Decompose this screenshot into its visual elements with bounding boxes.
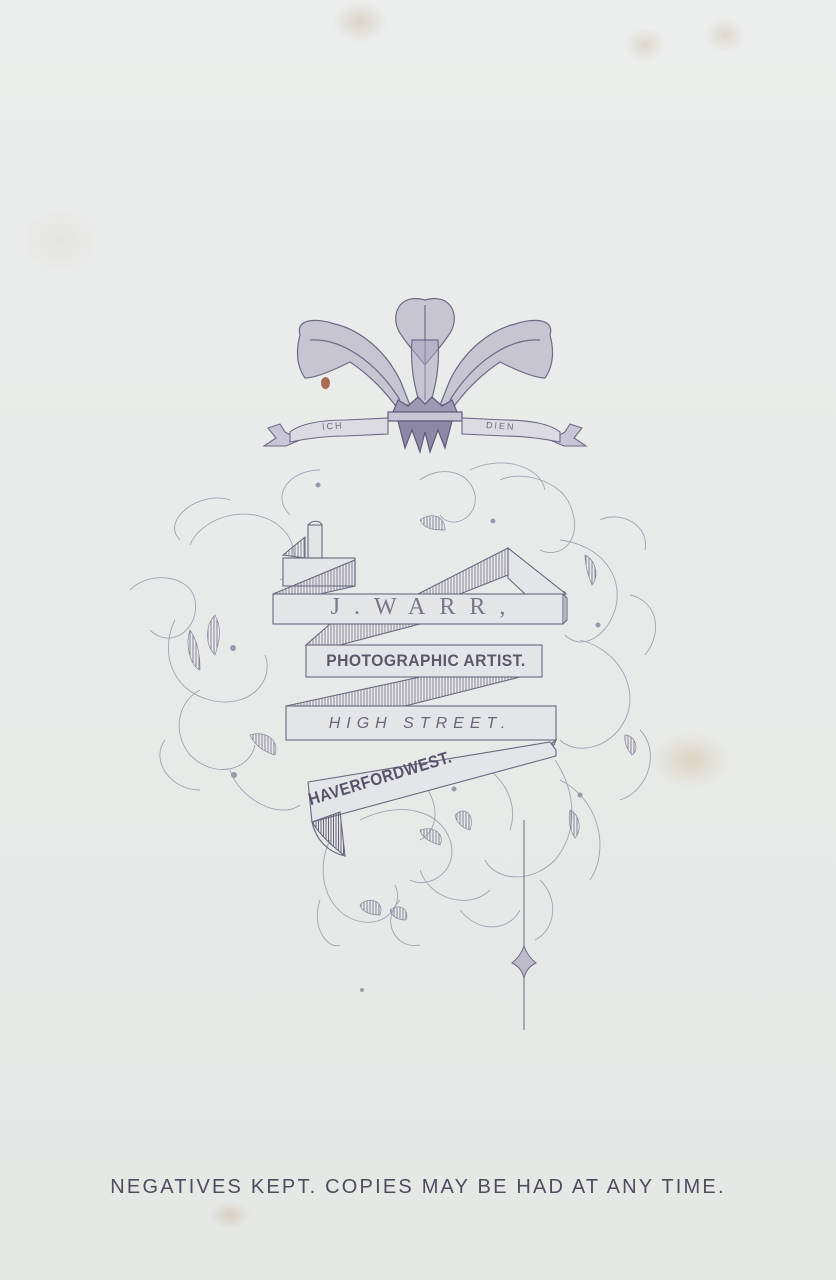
ink-stain (321, 377, 330, 389)
motto-left-text: ICH (322, 420, 344, 431)
coronet-icon (388, 397, 462, 452)
carte-de-visite-back: ICH DIEN J.WARR, PHOTOGRAPHIC ARTIST. HI… (0, 0, 836, 1280)
engraved-artwork (0, 0, 836, 1280)
photographer-name: J.WARR, (285, 594, 565, 621)
street-address: HIGH STREET. (286, 715, 554, 733)
negatives-notice: NEGATIVES KEPT. COPIES MAY BE HAD AT ANY… (0, 1176, 836, 1199)
motto-right-text: DIEN (486, 420, 516, 432)
finial-ornament (512, 820, 536, 1030)
feathers-icon (297, 299, 552, 405)
photographer-title: PHOTOGRAPHIC ARTIST. (316, 651, 537, 671)
